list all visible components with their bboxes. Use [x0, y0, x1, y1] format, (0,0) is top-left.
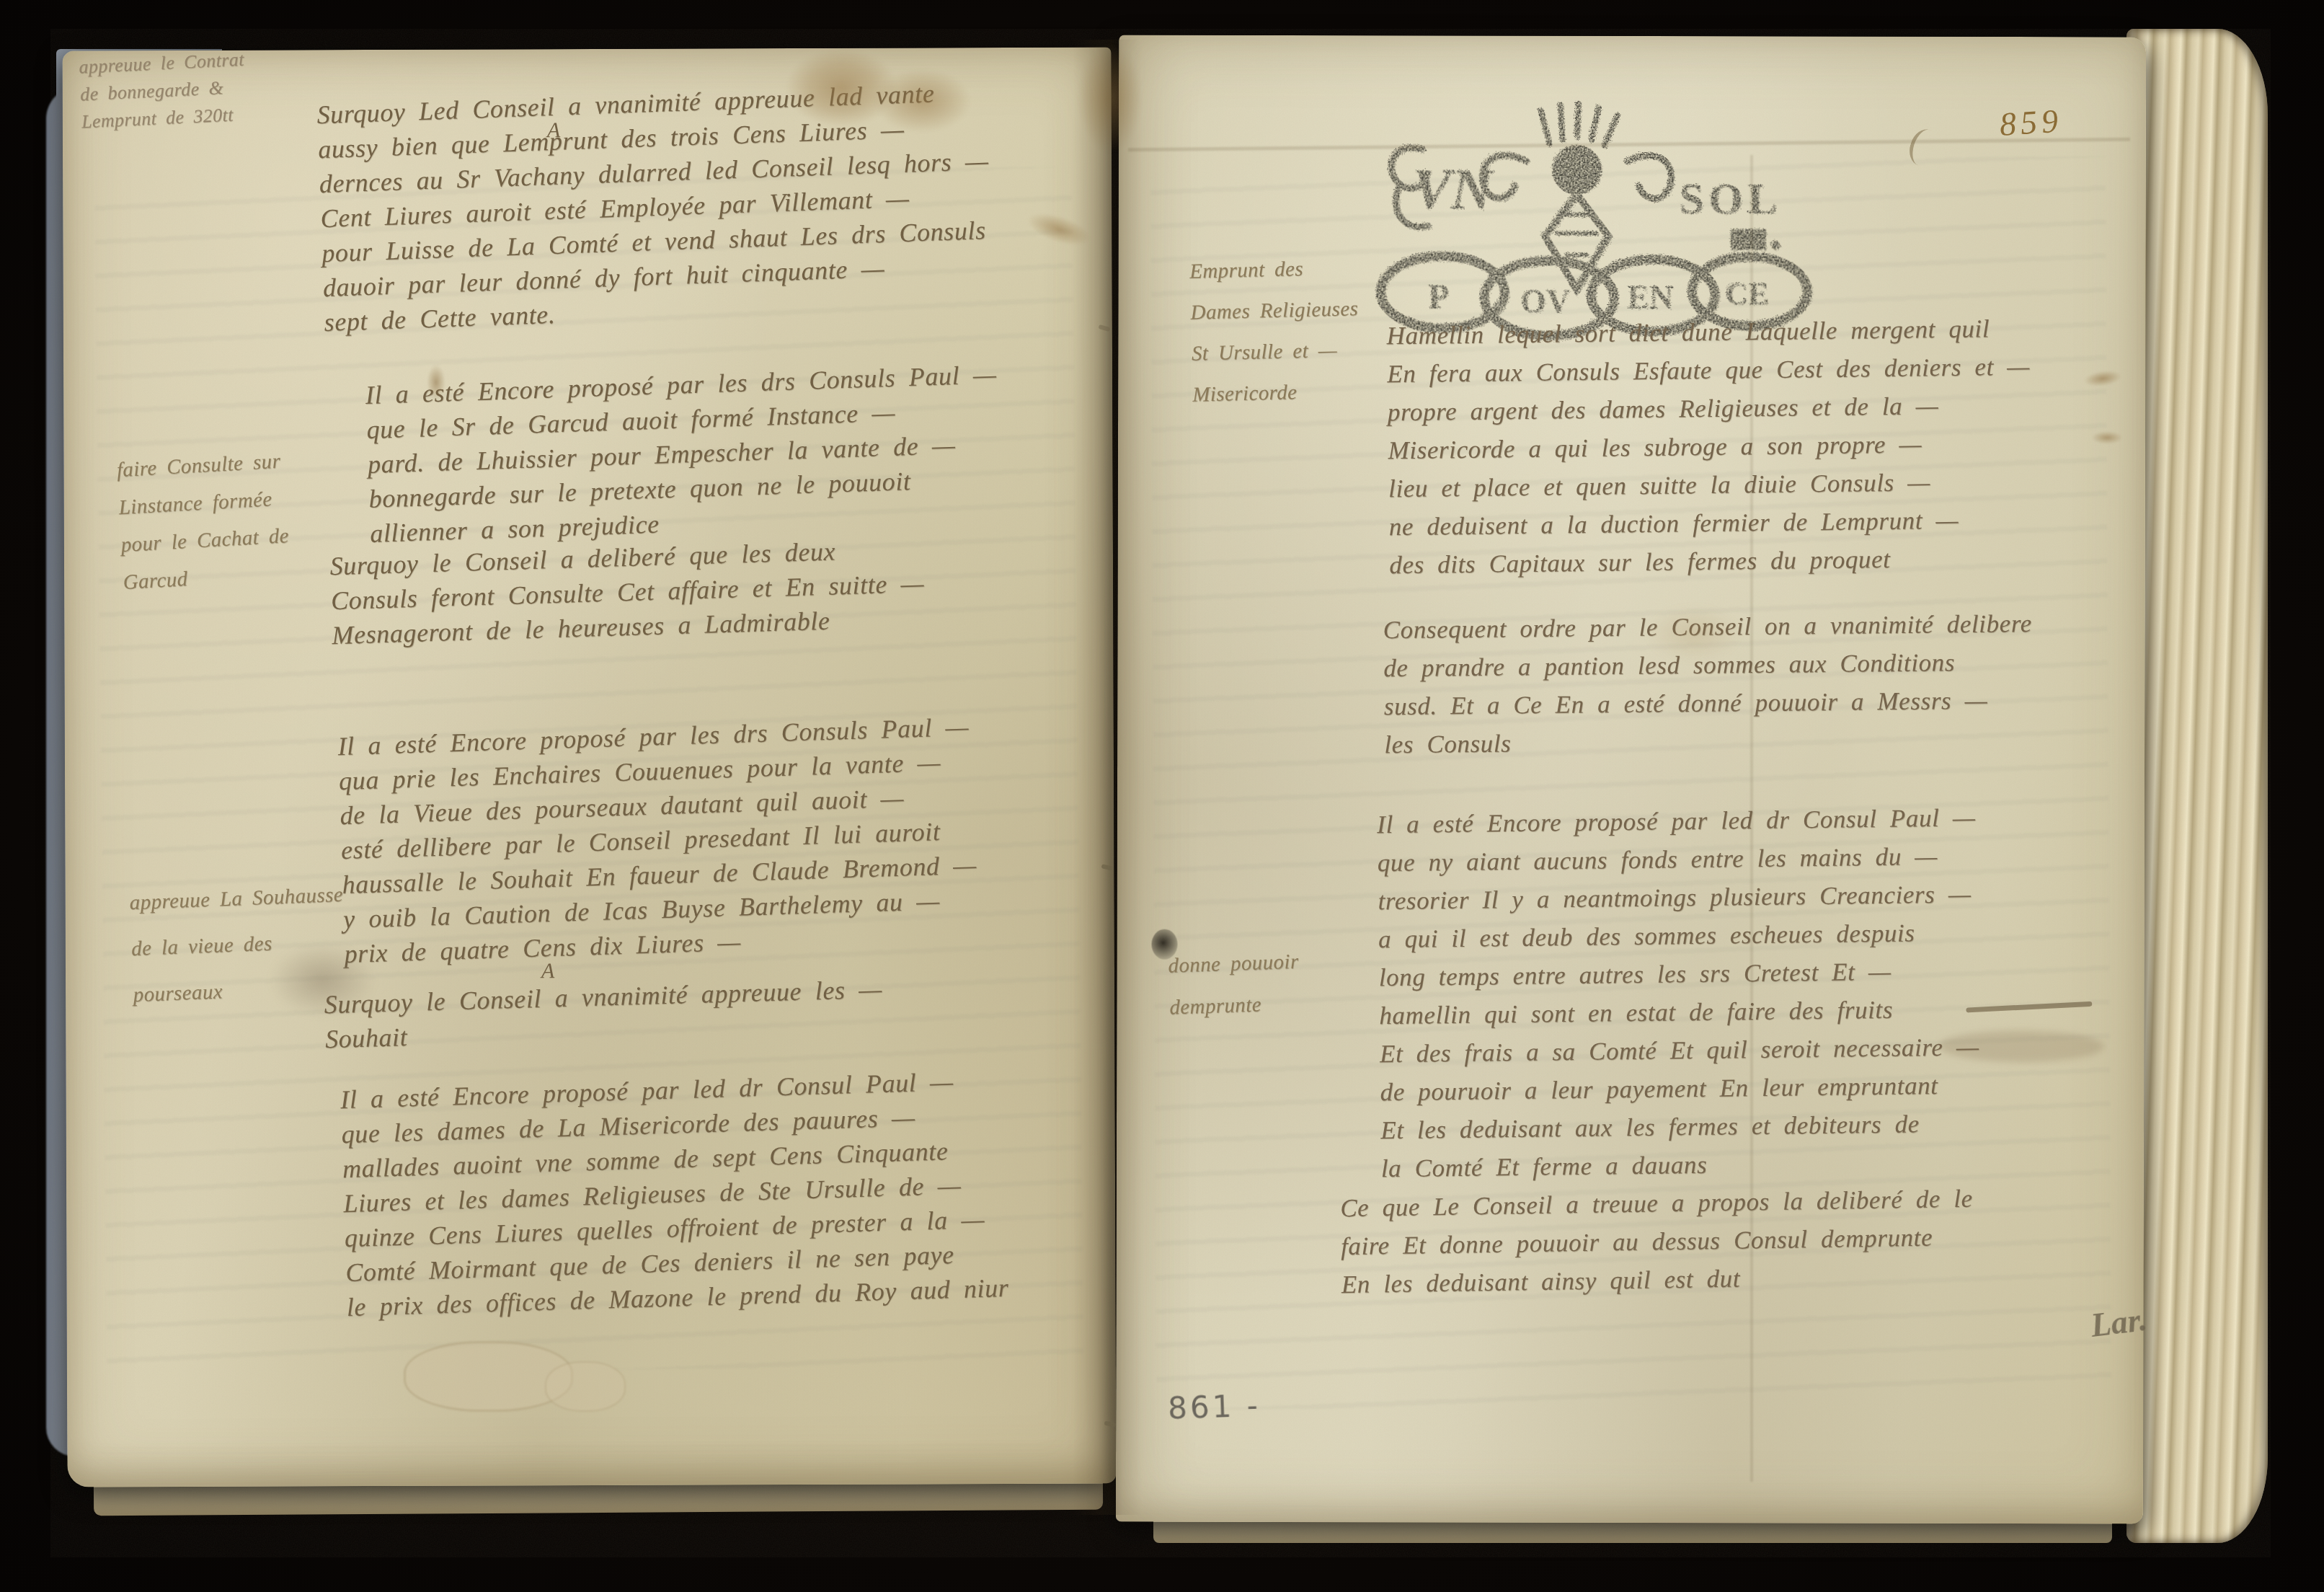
ink-blot: [1151, 929, 1177, 960]
paper-fold: [1750, 155, 1753, 1482]
manuscript-line: les Consuls: [1384, 717, 2155, 764]
stamp-block: [1731, 229, 1766, 249]
folio-number: 859: [1998, 101, 2063, 143]
ink-annotation: Lar.: [2089, 1300, 2150, 1345]
right-paragraph-2: Consequent ordre par le Conseil on a vna…: [1383, 603, 2155, 764]
insertion-mark: A: [541, 959, 554, 983]
manuscript-line: donne pouuoir: [1168, 937, 1407, 987]
insertion-mark: A: [547, 118, 560, 143]
right-margin-note-2: donne pouuoirdemprunte: [1168, 937, 1409, 1029]
stamp-crown-rays: [1541, 104, 1618, 146]
correction-smudge: [1938, 1030, 2104, 1062]
stamp-seg-ce: CE: [1725, 276, 1769, 311]
left-page: appreuue le Contratde bonnegarde &Lempru…: [63, 47, 1117, 1487]
right-page: VN SOL P OV EN CE 859 Emprunt desDames R…: [1116, 35, 2146, 1524]
stamp-word-vn: VN: [1413, 158, 1496, 221]
pencil-folio-number: 861 -: [1167, 1388, 1261, 1426]
stamp-rosette: [1553, 146, 1602, 195]
right-paragraph-1: Hamellin lequel sort dict dune Laquelle …: [1386, 308, 2153, 585]
manuscript-line: demprunte: [1168, 979, 1408, 1029]
manuscript-book-photo: appreuue le Contratde bonnegarde &Lempru…: [0, 0, 2324, 1592]
left-paragraph-2: Il a esté Encore proposé par les drs Con…: [365, 353, 1112, 551]
left-margin-note-1: appreuue le Contratde bonnegarde &Lempru…: [79, 43, 320, 136]
left-paragraph-6: Il a esté Encore proposé par led dr Cons…: [340, 1059, 1132, 1325]
right-paragraph-3: Il a esté Encore proposé par led dr Cons…: [1377, 796, 2160, 1188]
fore-edge-page-stack: [2126, 29, 2268, 1543]
stamp-word-sol: SOL: [1680, 174, 1782, 224]
stamp-seg-en: EN: [1627, 279, 1673, 316]
manuscript-line: Emprunt des: [1189, 245, 1450, 293]
left-paragraph-1: Surquoy Led Conseil a vnanimité appreuue…: [316, 70, 1110, 340]
right-paragraph-4: Ce que Le Conseil a treuue a propos la d…: [1340, 1177, 2149, 1304]
